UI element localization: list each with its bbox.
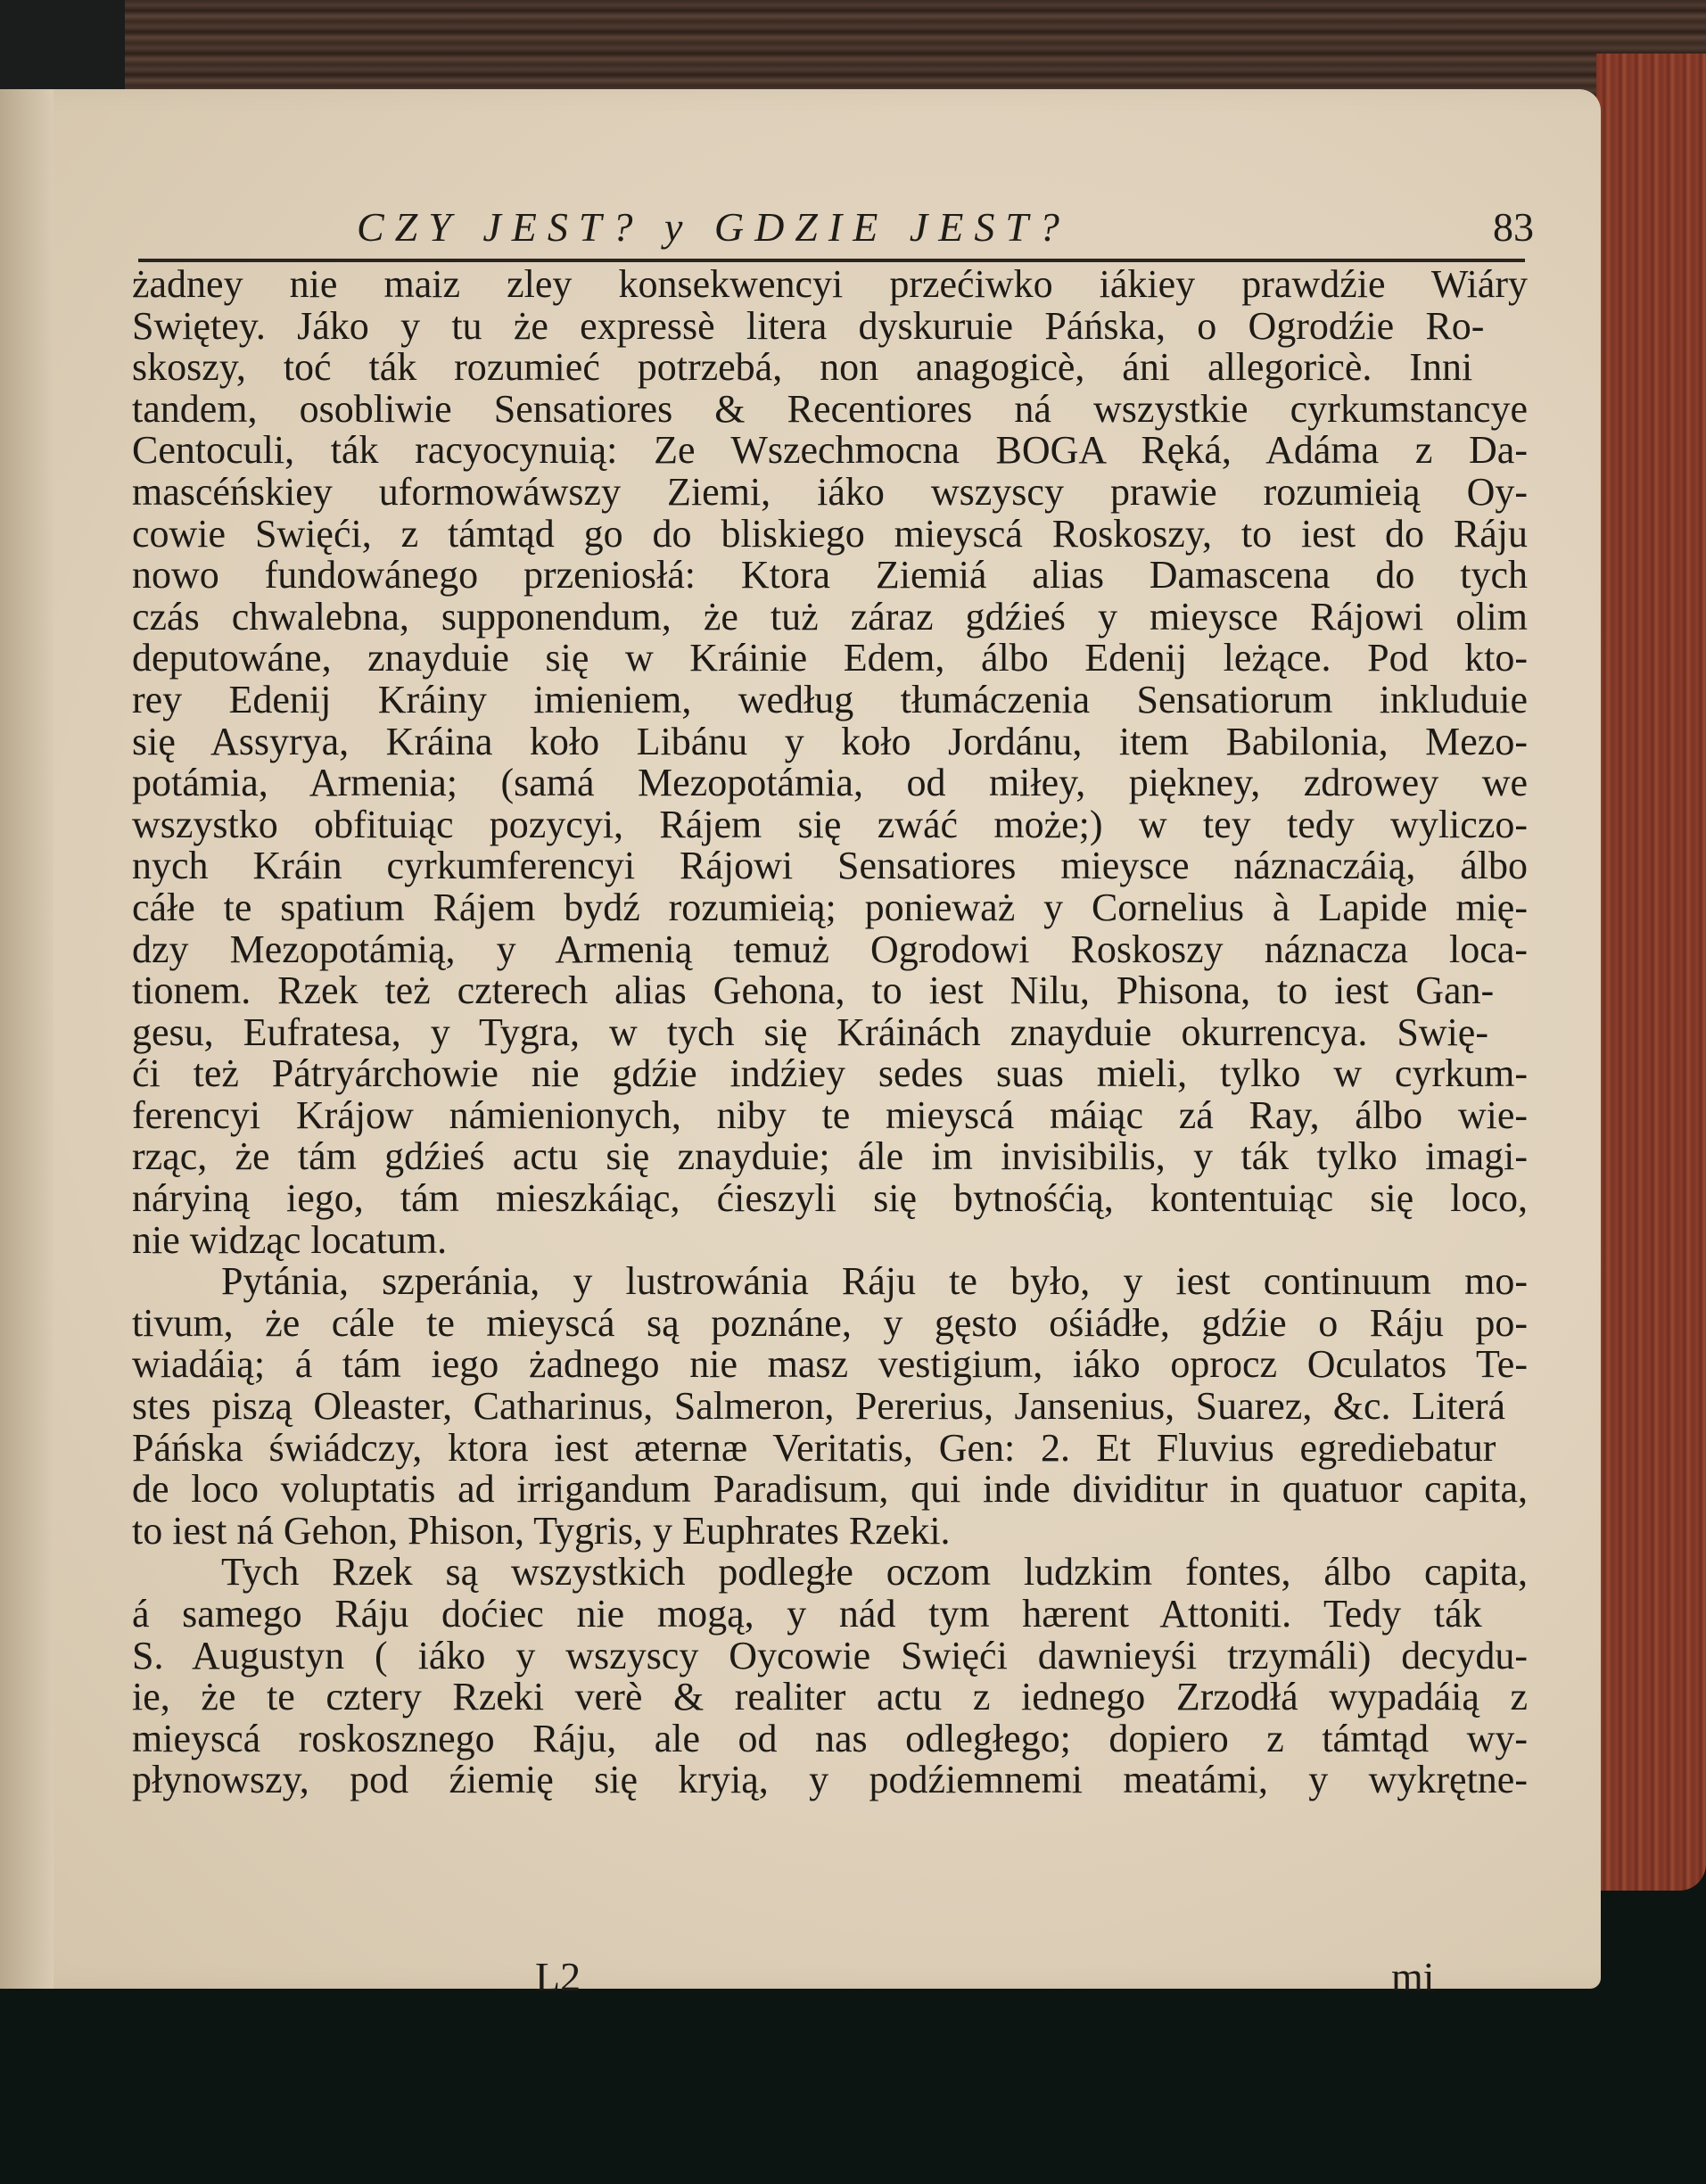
text-line: stes piszą Oleaster, Catharinus, Salmero… [132, 1386, 1528, 1428]
text-line: cáłe te spatium Rájem bydź rozumieią; po… [132, 887, 1528, 929]
page-gutter [0, 89, 54, 1989]
text-line: rząc, że tám gdźieś actu się znayduie; á… [132, 1136, 1528, 1178]
text-line: ferencyi Krájow námienionych, niby te mi… [132, 1095, 1528, 1137]
text-line: czás chwalebna, supponendum, że tuż zára… [132, 597, 1528, 639]
text-line: náryiną iego, tám mieszkáiąc, ćieszyli s… [132, 1178, 1528, 1220]
catchword: mi [1391, 1953, 1435, 2000]
text-line: ći też Pátryárchowie nie gdźie indźiey s… [132, 1053, 1528, 1095]
text-line: de loco voluptatis ad irrigandum Paradis… [132, 1469, 1528, 1511]
book-fore-edge [1596, 54, 1706, 1891]
text-line: tivum, że cále te mieyscá są poznáne, y … [132, 1303, 1528, 1345]
text-line: cowie Swięći, z támtąd go do bliskiego m… [132, 514, 1528, 556]
text-line: mieyscá roskosznego Ráju, ale od nas odl… [132, 1718, 1528, 1760]
text-line: deputowáne, znayduie się w Kráinie Edem,… [132, 638, 1528, 680]
text-line: mascéńskiey uformowáwszy Ziemi, iáko wsz… [132, 472, 1528, 514]
text-line: tandem, osobliwie Sensatiores & Recentio… [132, 389, 1528, 431]
text-line: to iest ná Gehon, Phison, Tygris, y Euph… [132, 1511, 1528, 1553]
text-line: ie, że te cztery Rzeki verè & realiter a… [132, 1677, 1528, 1718]
text-line: tionem. Rzek też czterech alias Gehona, … [132, 970, 1528, 1012]
text-line: płynowszy, pod źiemię się kryią, y podźi… [132, 1760, 1528, 1801]
text-line: wszystko obfituiąc pozycyi, Rájem się zw… [132, 804, 1528, 846]
text-line: skoszy, toć ták rozumieć potrzebá, non a… [132, 347, 1528, 389]
page-number: 83 [1493, 203, 1534, 251]
text-line: Páńska świádczy, ktora iest æternæ Verit… [132, 1428, 1528, 1470]
text-line: Swiętey. Jáko y tu że expressè litera dy… [132, 306, 1528, 348]
paragraph-start-line: Pytánia, szperánia, y lustrowánia Ráju t… [132, 1261, 1528, 1303]
background-bottom [0, 1989, 1706, 2184]
text-line: potámia, Armenia; (samá Mezopotámia, od … [132, 762, 1528, 804]
text-line: się Assyrya, Kráina koło Libánu y koło J… [132, 721, 1528, 763]
paragraph-start-line: Tych Rzek są wszystkich podległe oczom l… [132, 1552, 1528, 1594]
signature-mark: L2 [535, 1953, 581, 2000]
text-line: nie widząc locatum. [132, 1220, 1528, 1262]
text-line: gesu, Eufratesa, y Tygra, w tych się Krá… [132, 1012, 1528, 1054]
text-line: á samego Ráju doćiec nie mogą, y nád tym… [132, 1594, 1528, 1636]
text-line: S. Augustyn ( iáko y wszyscy Oycowie Swi… [132, 1636, 1528, 1677]
text-line: wiadáią; á tám iego żadnego nie masz ves… [132, 1344, 1528, 1386]
text-line: dzy Mezopotámią, y Armenią temuż Ogrodow… [132, 929, 1528, 971]
background-corner [0, 0, 125, 98]
running-head-title: CZY JEST? y GDZIE JEST? [357, 203, 1070, 251]
text-line: Centoculi, ták racyocynuią: Ze Wszechmoc… [132, 430, 1528, 472]
text-line: rey Edenij Kráiny imieniem, według tłumá… [132, 680, 1528, 721]
running-head: CZY JEST? y GDZIE JEST? 83 [357, 203, 1534, 257]
text-line: nowo fundowánego przeniosłá: Ktora Ziemi… [132, 555, 1528, 597]
text-line: nych Kráin cyrkumferencyi Rájowi Sensati… [132, 845, 1528, 887]
text-line: żadney nie maiz zley konsekwencyi przeći… [132, 264, 1528, 306]
body-text: żadney nie maiz zley konsekwencyi przeći… [132, 264, 1528, 1801]
